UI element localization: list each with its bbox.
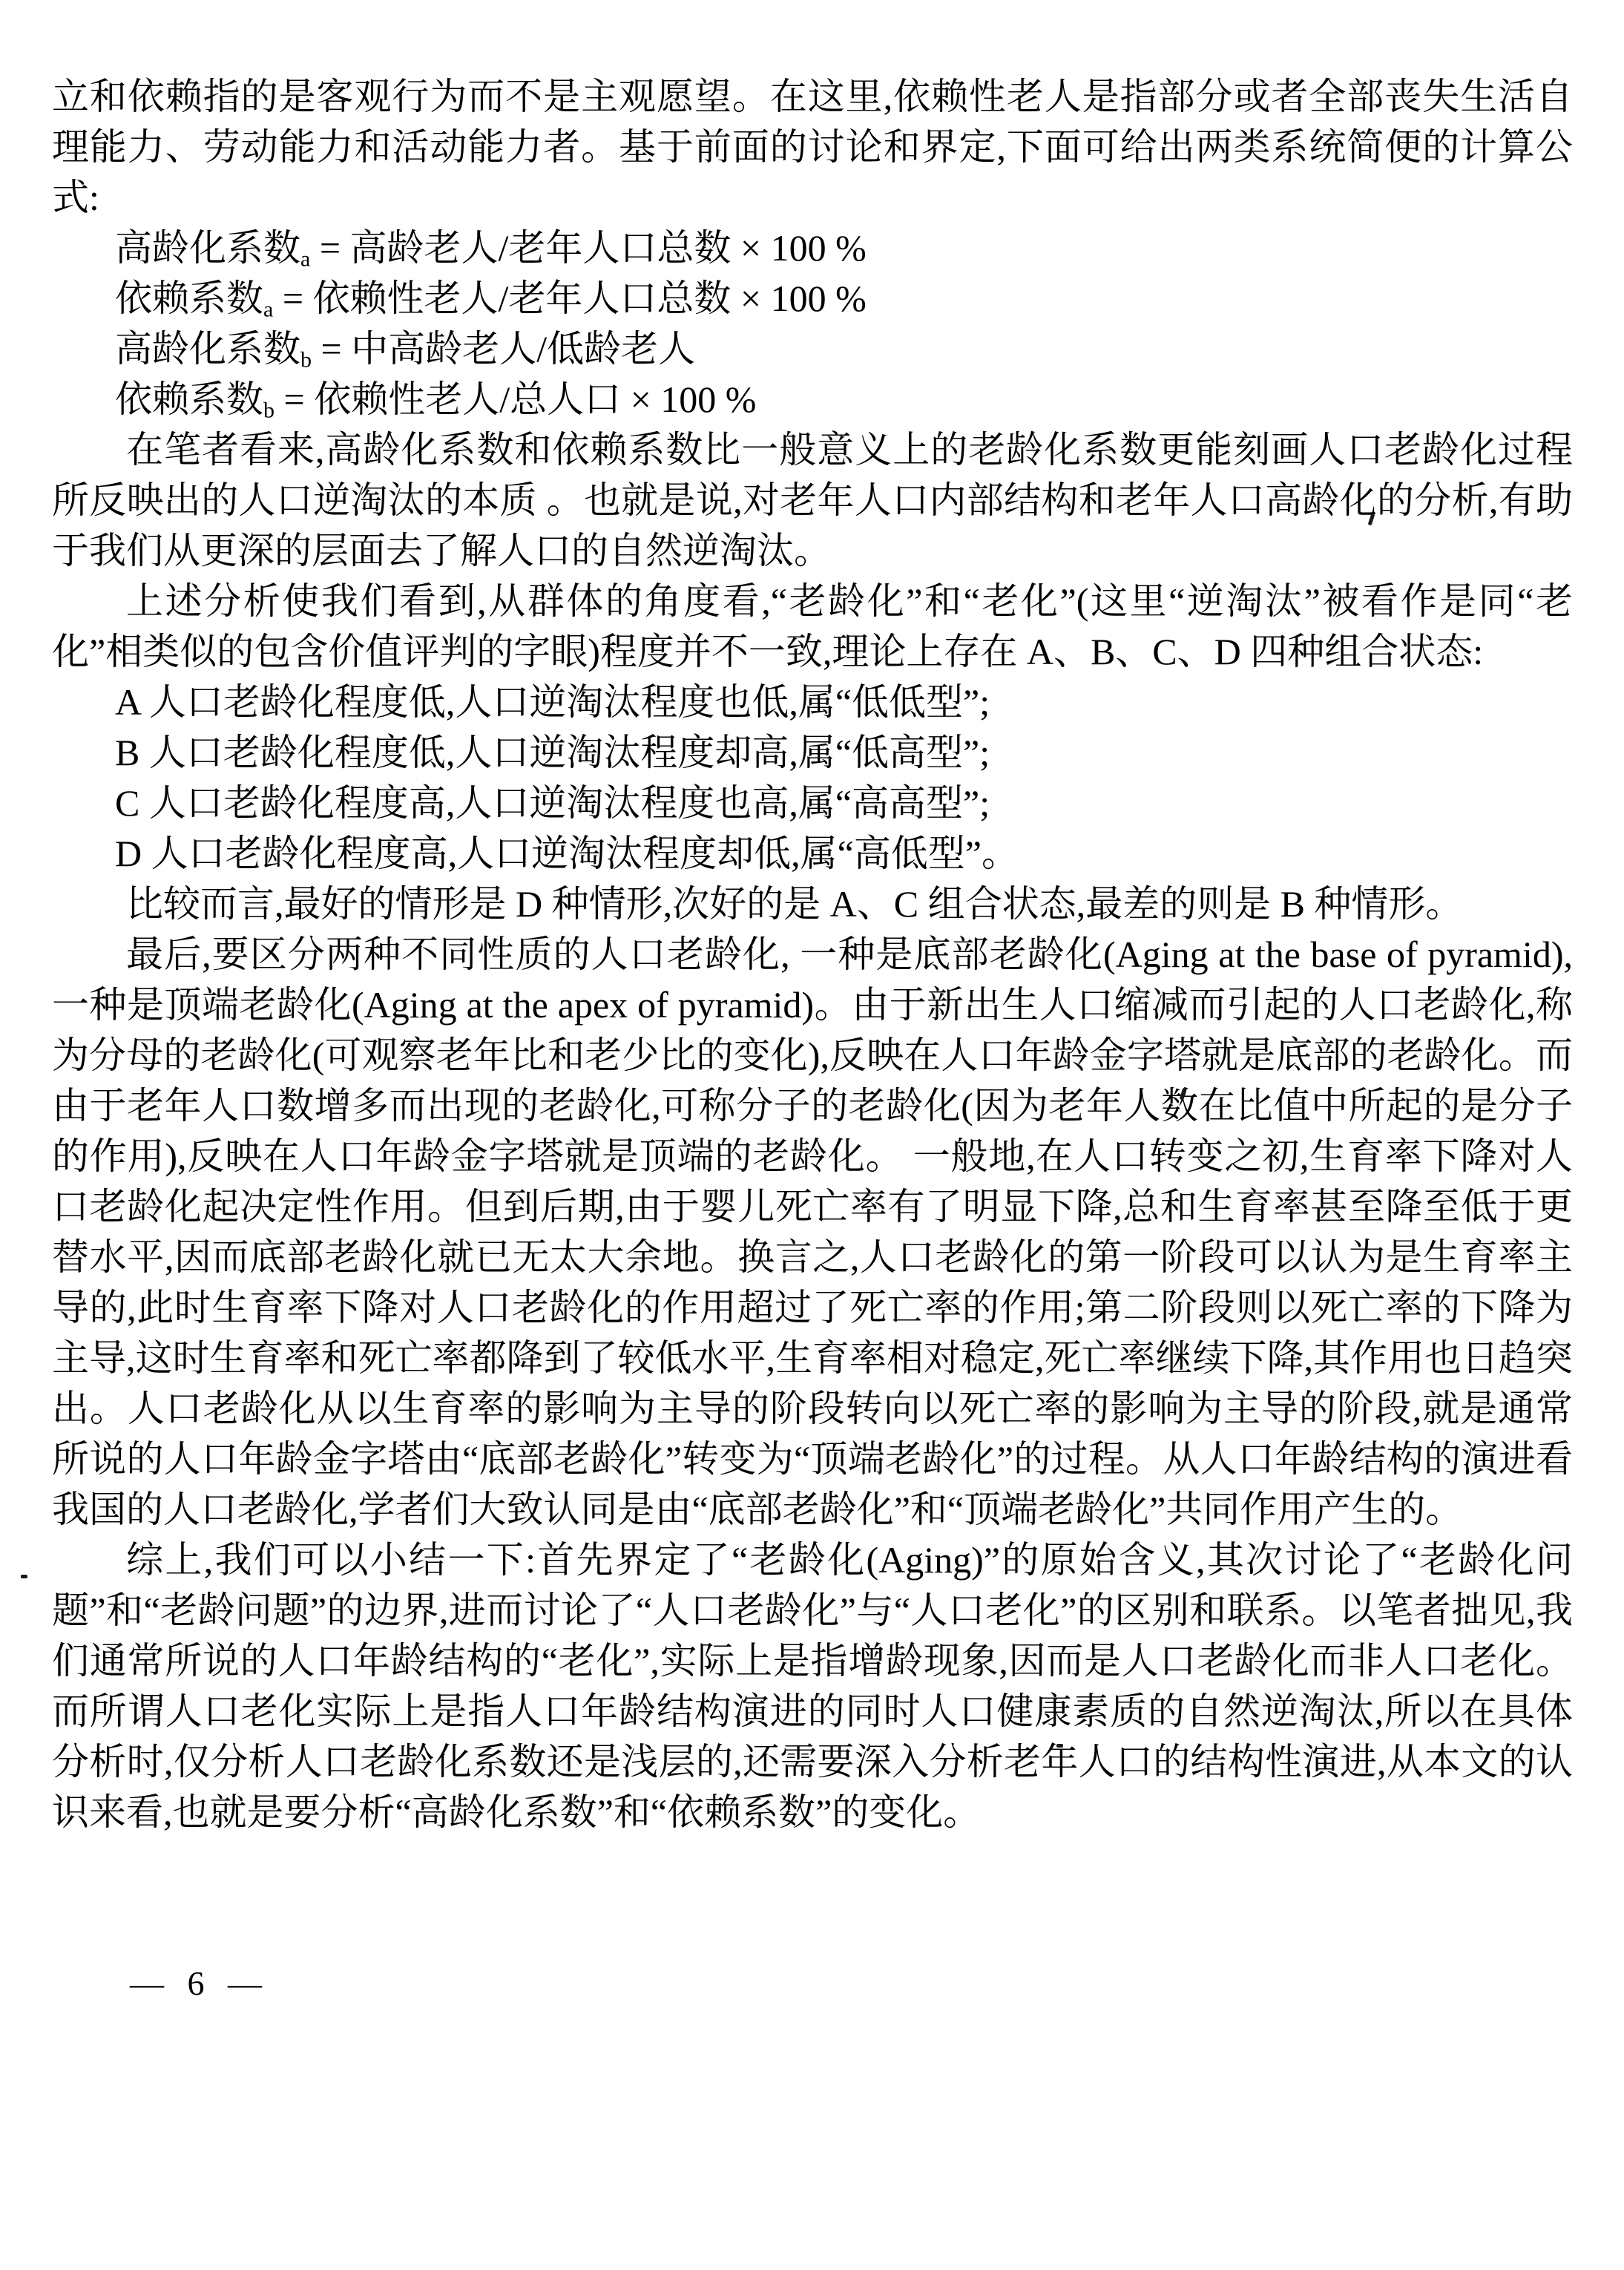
paragraph-comparison: 比较而言,最好的情形是 D 种情形,次好的是 A、C 组合状态,最差的则是 B … [52,879,1573,929]
scan-speck [1056,1744,1063,1748]
page-body: 立和依赖指的是客观行为而不是主观愿望。在这里,依赖性老人是指部分或者全部丧失生活… [52,71,1573,1837]
formula-subscript: b [263,398,274,423]
formula-expression: = 依赖性老人/总人口 × 100 % [274,378,756,420]
formula-base: 高龄化系数 [115,328,300,370]
paragraph-four-combination-states: 上述分析使我们看到,从群体的角度看,“老龄化”和“老化”(这里“逆淘汰”被看作是… [52,576,1573,677]
combo-item-c: C 人口老龄化程度高,人口逆淘汰程度也高,属“高高型”; [52,778,1573,828]
formula-base: 依赖系数 [115,278,263,319]
scan-speck [21,1575,27,1578]
formula-subscript: b [300,348,312,373]
paragraph-dependency-definition: 立和依赖指的是客观行为而不是主观愿望。在这里,依赖性老人是指部分或者全部丧失生活… [52,71,1573,223]
formula-aging-coefficient-b: 高龄化系数b = 中高龄老人/低龄老人 [52,324,1573,374]
formula-subscript: a [263,298,273,322]
formula-expression: = 高龄老人/老年人口总数 × 100 % [310,227,866,269]
combo-item-d: D 人口老龄化程度高,人口逆淘汰程度却低,属“高低型”。 [52,828,1573,879]
formula-expression: = 中高龄老人/低龄老人 [312,328,695,370]
formula-expression: = 依赖性老人/老年人口总数 × 100 % [273,278,866,319]
paragraph-author-viewpoint: 在笔者看来,高龄化系数和依赖系数比一般意义上的老龄化系数更能刻画人口老龄化过程所… [52,424,1573,576]
formula-base: 高龄化系数 [115,227,300,269]
scanned-document-page: { "body": { "para_dependency": "立和依赖指的是客… [0,0,1624,2270]
formula-block: 高龄化系数a = 高龄老人/老年人口总数 × 100 % 依赖系数a = 依赖性… [52,223,1573,424]
formula-dependency-coefficient-a: 依赖系数a = 依赖性老人/老年人口总数 × 100 % [52,273,1573,324]
formula-base: 依赖系数 [115,378,263,420]
page-footer: — 6 — [83,1928,262,2002]
combo-item-b: B 人口老龄化程度低,人口逆淘汰程度却高,属“低高型”; [52,727,1573,778]
combination-list: A 人口老龄化程度低,人口逆淘汰程度也低,属“低低型”; B 人口老龄化程度低,… [52,677,1573,879]
formula-aging-coefficient-a: 高龄化系数a = 高龄老人/老年人口总数 × 100 % [52,223,1573,273]
formula-dependency-coefficient-b: 依赖系数b = 依赖性老人/总人口 × 100 % [52,374,1573,424]
page-number: — 6 — [130,1964,262,2002]
formula-subscript: a [300,247,310,272]
paragraph-summary: 综上,我们可以小结一下:首先界定了“老龄化(Aging)”的原始含义,其次讨论了… [52,1535,1573,1837]
combo-item-a: A 人口老龄化程度低,人口逆淘汰程度也低,属“低低型”; [52,677,1573,727]
paragraph-two-types-of-aging: 最后,要区分两种不同性质的人口老龄化, 一种是底部老龄化(Aging at th… [52,929,1573,1535]
